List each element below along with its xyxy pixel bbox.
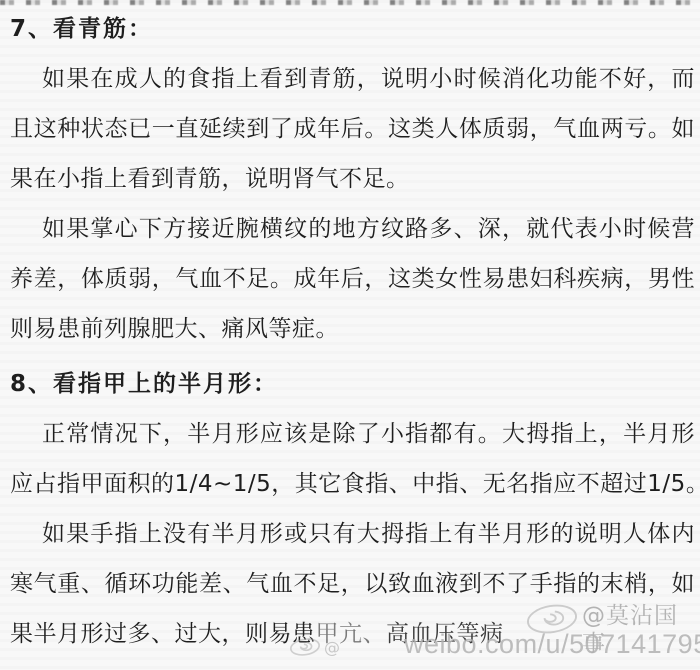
text-line: 如果手指上没有半月形或只有大拇指上有半月形的说明人体内 <box>10 509 695 559</box>
watermark-url: weibo.com/u/5071417956 <box>404 629 700 659</box>
article-body: 7、看青筋： 如果在成人的食指上看到青筋，说明小时候消化功能不好，而 且这种状态… <box>10 4 695 659</box>
text-line: 则易患前列腺肥大、痛风等症。 <box>10 304 695 354</box>
text-line: 如果掌心下方接近腕横纹的地方纹路多、深，就代表小时候营 <box>10 204 695 254</box>
weibo-logo-mini-icon <box>288 636 322 658</box>
text-line: 且这种状态已一直延续到了成年后。这类人体质弱，气血两亏。如 <box>10 104 695 154</box>
document-screenshot: 7、看青筋： 如果在成人的食指上看到青筋，说明小时候消化功能不好，而 且这种状态… <box>0 0 700 670</box>
text-line: 养差，体质弱，气血不足。成年后，这类女性易患妇科疾病，男性 <box>10 254 695 304</box>
watermark-mini-at: @ <box>324 638 340 657</box>
text-line: 应占指甲面积的1/4~1/5，其它食指、中指、无名指应不超过1/5。 <box>10 459 695 509</box>
text-line: 果在小指上看到青筋，说明肾气不足。 <box>10 154 695 204</box>
text-segment: 果半月形过多、过大，则易患 <box>10 621 316 647</box>
text-line: 正常情况下，半月形应该是除了小指都有。大拇指上，半月形 <box>10 409 695 459</box>
text-line: 如果在成人的食指上看到青筋，说明小时候消化功能不好，而 <box>10 54 695 104</box>
section-heading-7: 7、看青筋： <box>10 4 695 54</box>
section-heading-8: 8、看指甲上的半月形： <box>10 359 695 409</box>
watermark-mini-overlay: @ <box>288 636 340 658</box>
